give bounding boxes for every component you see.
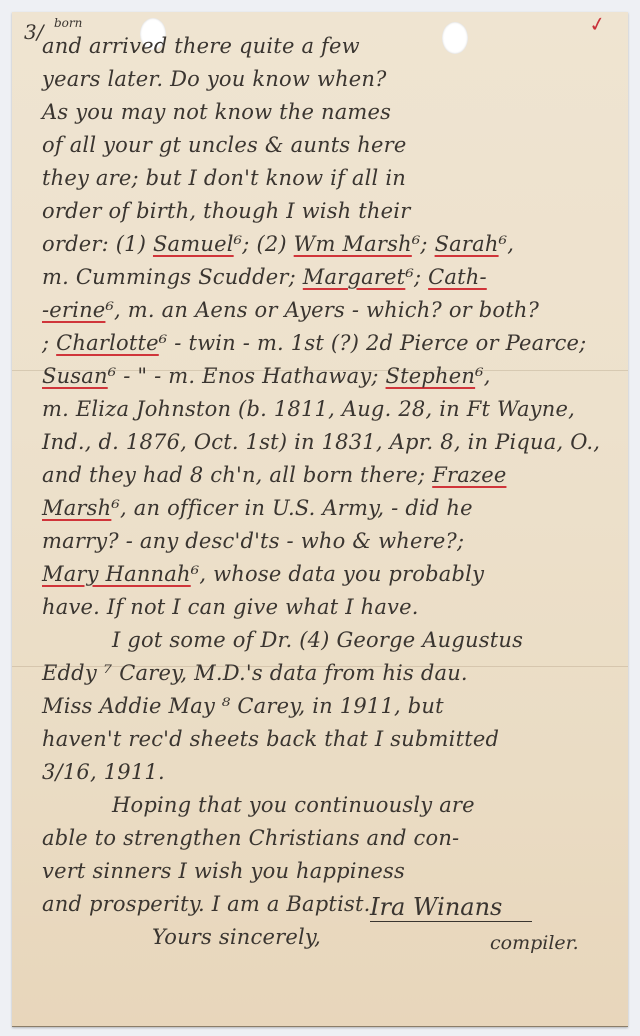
underlined-name: Marsh [42, 496, 111, 520]
line-text: Eddy ⁷ Carey, M.D.'s data from his dau. [42, 661, 468, 685]
line-text: ⁶, [499, 232, 515, 256]
underlined-name: Wm Marsh [294, 232, 412, 256]
line-text: and they had 8 ch'n, all born there; [42, 463, 432, 487]
underlined-name: Susan [42, 364, 108, 388]
underlined-name: Stephen [386, 364, 476, 388]
line-text: years later. Do you know when? [42, 67, 387, 91]
line-text: As you may not know the names [42, 100, 391, 124]
letter-line: m. Cummings Scudder; Margaret⁶; Cath- [42, 261, 614, 294]
letter-line: Ind., d. 1876, Oct. 1st) in 1831, Apr. 8… [42, 426, 614, 459]
line-text: of all your gt uncles & aunts here [42, 133, 406, 157]
line-text: able to strengthen Christians and con- [42, 826, 459, 850]
underlined-name: Frazee [432, 463, 506, 487]
letter-line: and arrived there quite a few [42, 30, 614, 63]
letter-line: have. If not I can give what I have. [42, 591, 614, 624]
line-text: ⁶; (2) [234, 232, 294, 256]
letter-line: 3/16, 1911. [42, 756, 614, 789]
line-text: Miss Addie May ⁸ Carey, in 1911, but [42, 694, 444, 718]
letter-line: they are; but I don't know if all in [42, 162, 614, 195]
line-text: ⁶, an officer in U.S. Army, - did he [111, 496, 472, 520]
line-text: m. Cummings Scudder; [42, 265, 303, 289]
letter-line: Marsh⁶, an officer in U.S. Army, - did h… [42, 492, 614, 525]
underlined-name: Charlotte [56, 331, 159, 355]
letter-line: order: (1) Samuel⁶; (2) Wm Marsh⁶; Sarah… [42, 228, 614, 261]
letter-line: years later. Do you know when? [42, 63, 614, 96]
underlined-name: Sarah [435, 232, 499, 256]
page-number: 3/ [24, 20, 43, 44]
letter-line: m. Eliza Johnston (b. 1811, Aug. 28, in … [42, 393, 614, 426]
underlined-name: -erine [42, 298, 105, 322]
letter-line: Mary Hannah⁶, whose data you probably [42, 558, 614, 591]
letter-page: ✓ 3/ born and arrived there quite a fewy… [12, 12, 628, 1027]
inserted-word: born [54, 16, 82, 30]
letter-body: and arrived there quite a fewyears later… [42, 30, 614, 954]
letter-line: Hoping that you continuously are [42, 789, 614, 822]
line-text: m. Eliza Johnston (b. 1811, Aug. 28, in … [42, 397, 575, 421]
line-text: 3/16, 1911. [42, 760, 165, 784]
line-text: ⁶ - twin - m. 1st (?) 2d Pierce or Pearc… [159, 331, 587, 355]
letter-line: As you may not know the names [42, 96, 614, 129]
line-text: Yours sincerely, [152, 925, 321, 949]
line-text: order of birth, though I wish their [42, 199, 410, 223]
letter-line: haven't rec'd sheets back that I submitt… [42, 723, 614, 756]
line-text: and arrived there quite a few [42, 34, 360, 58]
letter-line: of all your gt uncles & aunts here [42, 129, 614, 162]
letter-line: Eddy ⁷ Carey, M.D.'s data from his dau. [42, 657, 614, 690]
line-text: vert sinners I wish you happiness [42, 859, 405, 883]
letter-line: marry? - any desc'd'ts - who & where?; [42, 525, 614, 558]
line-text: and prosperity. I am a Baptist. [42, 892, 370, 916]
letter-line: Susan⁶ - " - m. Enos Hathaway; Stephen⁶, [42, 360, 614, 393]
letter-line: order of birth, though I wish their [42, 195, 614, 228]
line-text: order: (1) [42, 232, 153, 256]
line-text: I got some of Dr. (4) George Augustus [112, 628, 523, 652]
letter-line: -erine⁶, m. an Aens or Ayers - which? or… [42, 294, 614, 327]
letter-line: I got some of Dr. (4) George Augustus [42, 624, 614, 657]
letter-line: ; Charlotte⁶ - twin - m. 1st (?) 2d Pier… [42, 327, 614, 360]
line-text: ; [42, 331, 56, 355]
line-text: ⁶; [412, 232, 435, 256]
underlined-name: Samuel [153, 232, 234, 256]
line-text: ⁶, whose data you probably [191, 562, 484, 586]
letter-line: able to strengthen Christians and con- [42, 822, 614, 855]
letter-line: Miss Addie May ⁸ Carey, in 1911, but [42, 690, 614, 723]
line-text: haven't rec'd sheets back that I submitt… [42, 727, 499, 751]
line-text: ⁶ - " - m. Enos Hathaway; [108, 364, 386, 388]
line-text: ⁶, [475, 364, 491, 388]
line-text: ⁶, m. an Aens or Ayers - which? or both? [105, 298, 539, 322]
underlined-name: Cath- [428, 265, 487, 289]
underlined-name: Margaret [303, 265, 406, 289]
line-text: Hoping that you continuously are [112, 793, 475, 817]
line-text: ⁶; [405, 265, 428, 289]
line-text: they are; but I don't know if all in [42, 166, 406, 190]
line-text: marry? - any desc'd'ts - who & where?; [42, 529, 464, 553]
underlined-name: Mary Hannah [42, 562, 191, 586]
line-text: have. If not I can give what I have. [42, 595, 419, 619]
signature-role: compiler. [490, 932, 579, 954]
line-text: Ind., d. 1876, Oct. 1st) in 1831, Apr. 8… [42, 430, 600, 454]
letter-line: and they had 8 ch'n, all born there; Fra… [42, 459, 614, 492]
letter-line: vert sinners I wish you happiness [42, 855, 614, 888]
signature: Ira Winans [370, 893, 532, 922]
